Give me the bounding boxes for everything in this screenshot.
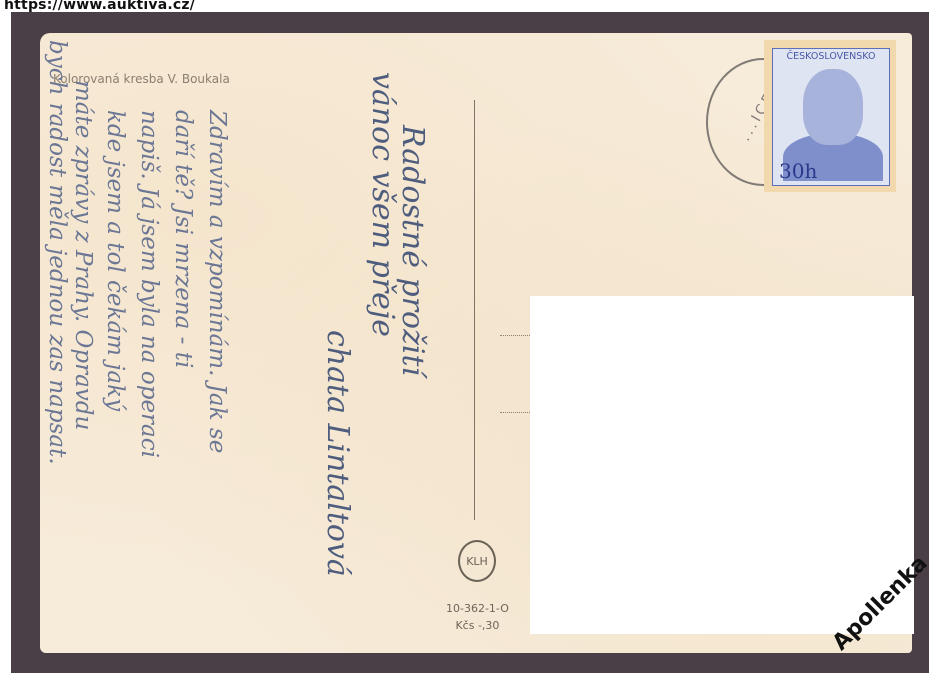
message-line-4: kde jsem a tol čekám jaký [102,110,128,411]
catalog-code: 10-362-1-O [446,600,509,617]
message-line-6: bych radost měla jednou zas napsat. [44,40,70,465]
greeting-line-2: vánoc všem přeje [365,72,400,337]
postage-stamp: ČESKOSLOVENSKO 30h [764,40,896,192]
stamp-denomination: 30h [779,159,817,183]
stamp-image: ČESKOSLOVENSKO 30h [772,48,890,186]
address-redaction-box [530,296,914,634]
message-line-3: napiš. Já jsem byla na operaci [136,110,162,458]
center-divider-line [474,100,475,520]
message-line-5: máte zprávy z Prahy. Opravdu [70,80,96,430]
stamp-portrait-face-icon [803,69,863,145]
greeting-line-3: chata Lintaltová [320,330,355,577]
price-label: Kčs -,30 [446,617,509,634]
greeting-line-1: Radostné prožití [395,125,430,376]
address-line [500,335,530,336]
stamp-country: ČESKOSLOVENSKO [773,51,889,62]
message-line-2: daří tě? Jsi mrzena - ti [170,110,196,368]
catalog-info: 10-362-1-O Kčs -,30 [446,600,509,634]
message-line-1: Zdravím a vzpomínám. Jak se [204,110,230,453]
address-line [500,412,530,413]
publisher-logo-icon: KLH [458,540,496,582]
